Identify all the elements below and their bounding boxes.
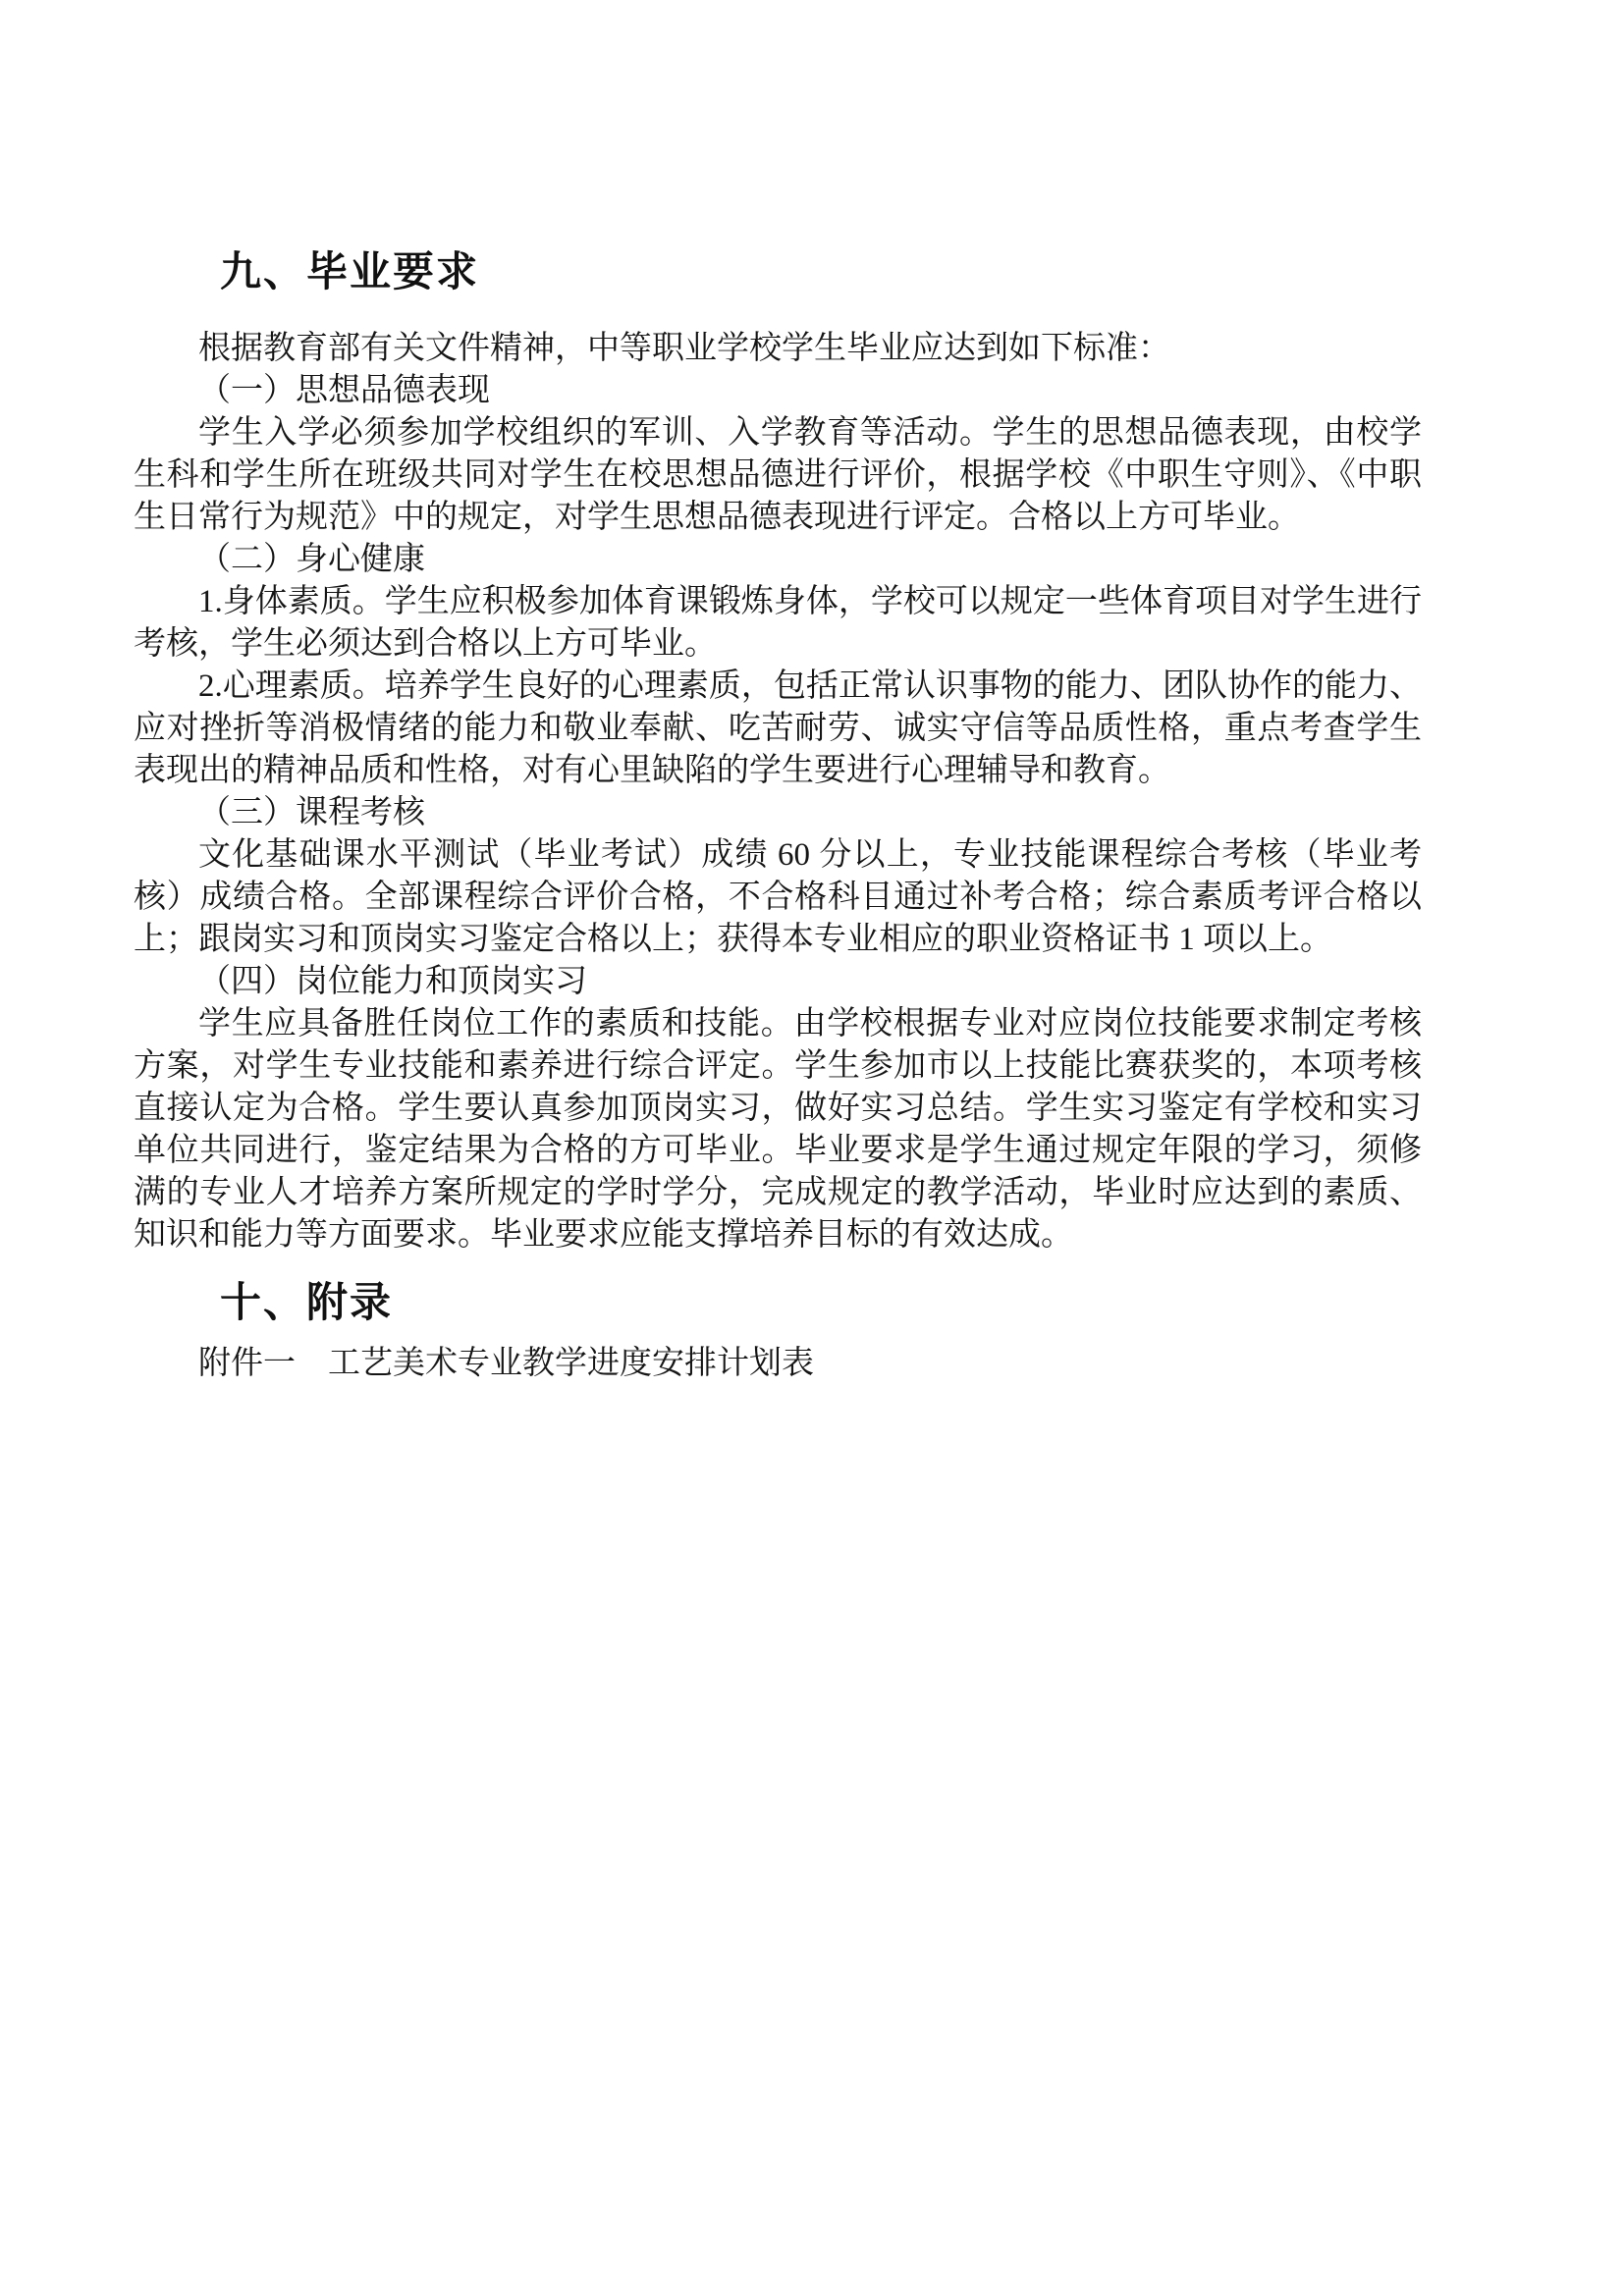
section-heading-ten: 十、附录: [134, 1282, 1422, 1323]
para-physical-quality: 1.身体素质。学生应积极参加体育课锻炼身体，学校可以规定一些体育项目对学生进行考…: [134, 581, 1422, 666]
para-post-ability: 学生应具备胜任岗位工作的素质和技能。由学校根据专业对应岗位技能要求制定考核方案，…: [134, 1003, 1422, 1256]
para-course-assessment: 文化基础课水平测试（毕业考试）成绩 60 分以上，专业技能课程综合考核（毕业考核…: [134, 834, 1422, 961]
para-subhead-health: （二）身心健康: [134, 539, 1422, 581]
para-subhead-moral: （一）思想品德表现: [134, 370, 1422, 412]
para-moral-conduct: 学生入学必须参加学校组织的军训、入学教育等活动。学生的思想品德表现，由校学生科和…: [134, 412, 1422, 539]
para-intro: 根据教育部有关文件精神，中等职业学校学生毕业应达到如下标准：: [134, 328, 1422, 370]
page-content: 九、毕业要求 根据教育部有关文件精神，中等职业学校学生毕业应达到如下标准： （一…: [134, 0, 1422, 1385]
para-appendix-item: 附件一 工艺美术专业教学进度安排计划表: [134, 1343, 1422, 1385]
para-subhead-post: （四）岗位能力和顶岗实习: [134, 961, 1422, 1003]
document-page: 九、毕业要求 根据教育部有关文件精神，中等职业学校学生毕业应达到如下标准： （一…: [0, 0, 1624, 2296]
para-subhead-course: （三）课程考核: [134, 792, 1422, 834]
para-mental-quality: 2.心理素质。培养学生良好的心理素质，包括正常认识事物的能力、团队协作的能力、应…: [134, 666, 1422, 792]
section-heading-nine: 九、毕业要求: [134, 251, 1422, 293]
